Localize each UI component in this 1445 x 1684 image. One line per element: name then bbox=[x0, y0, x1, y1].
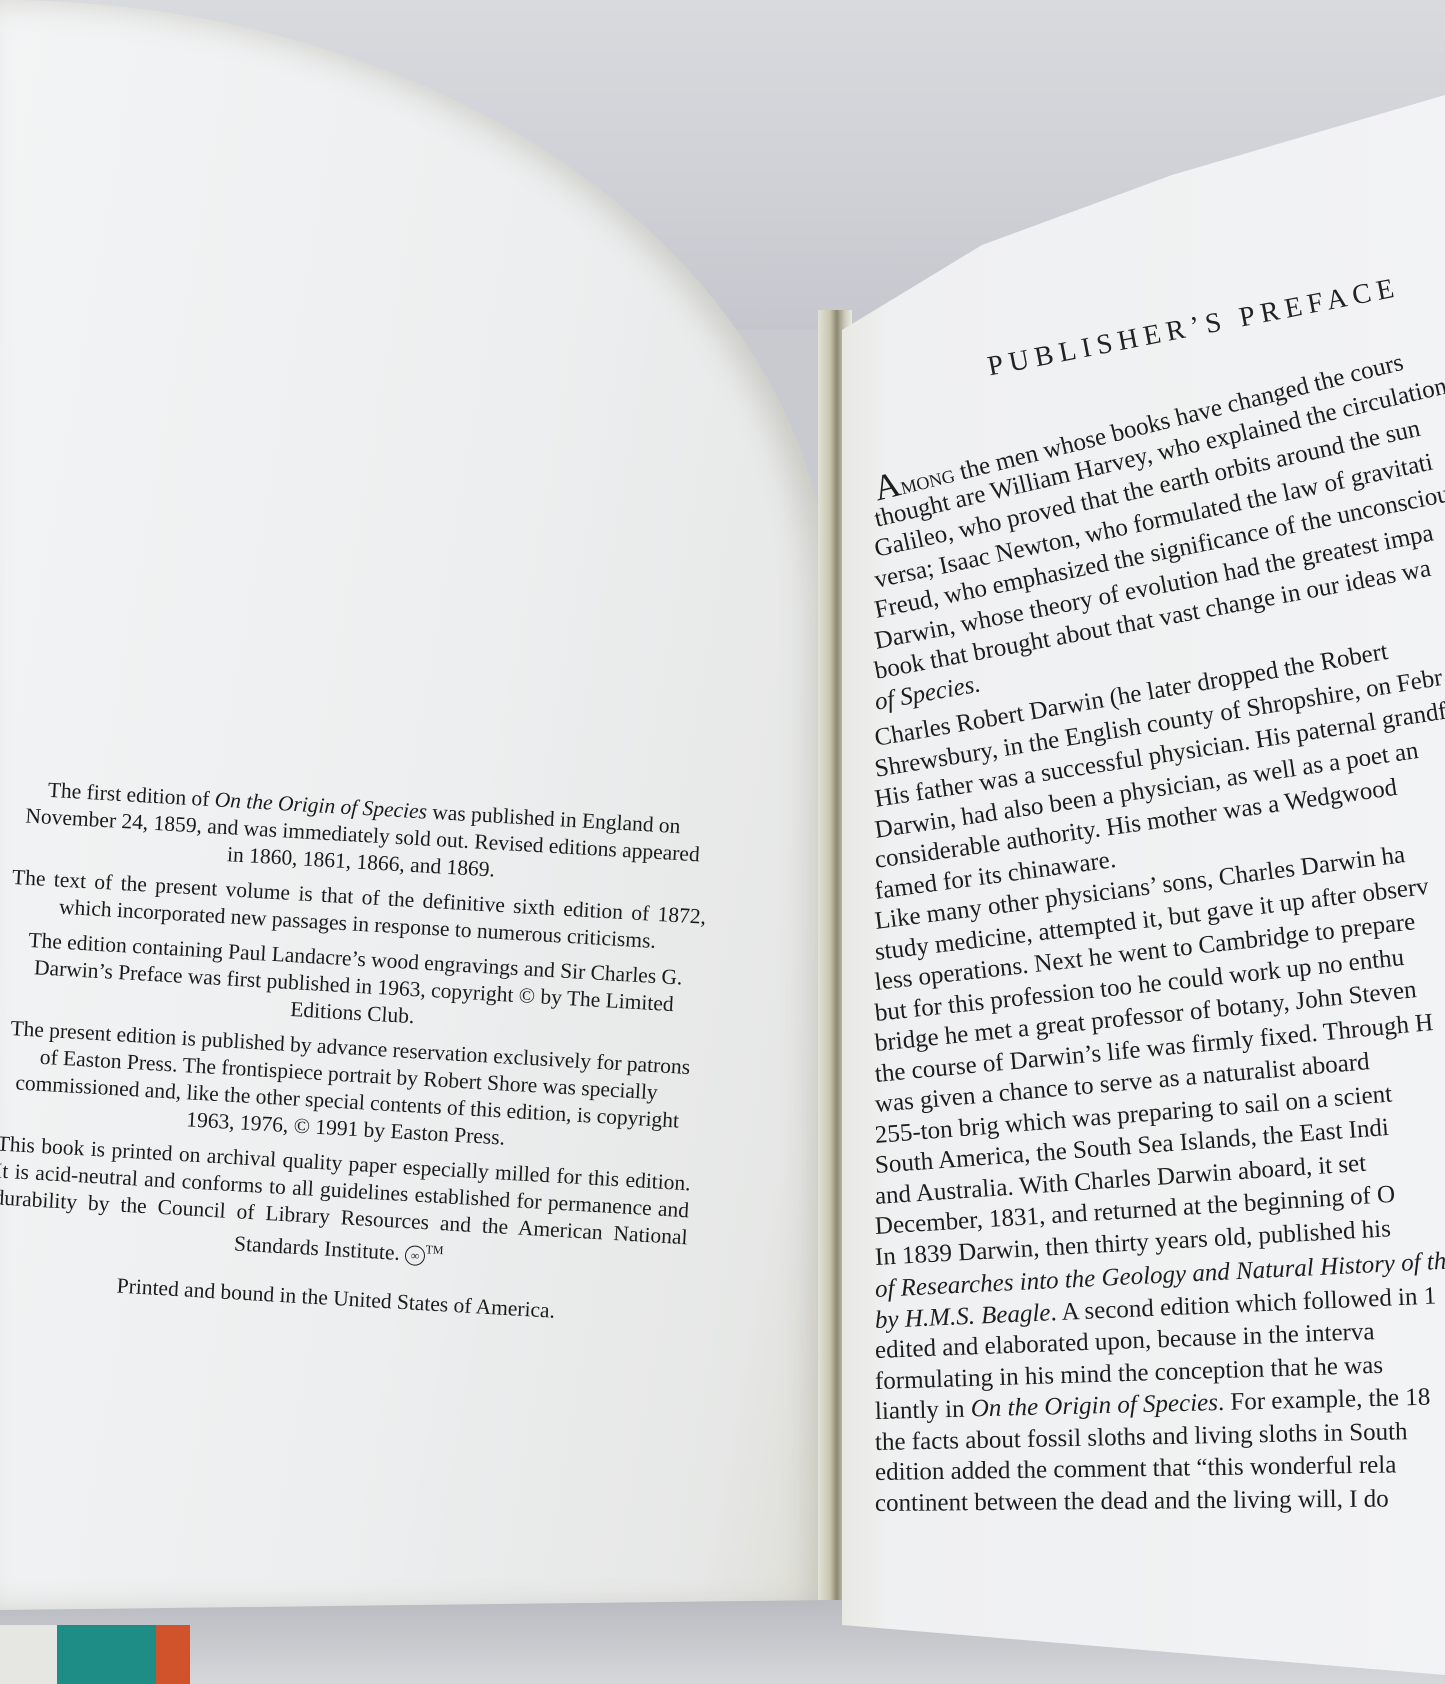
preface-line: continent between the dead and the livin… bbox=[875, 1484, 1389, 1518]
italic-title: On the Origin of Species bbox=[970, 1389, 1218, 1422]
stacked-books bbox=[0, 1625, 190, 1684]
text: . For example, the 18 bbox=[1218, 1384, 1431, 1417]
text: liantly in bbox=[875, 1396, 971, 1425]
text: continent between the dead and the livin… bbox=[875, 1485, 1389, 1516]
copyright-notice: The first edition of On the Origin of Sp… bbox=[0, 775, 712, 1340]
trademark-mark: TM bbox=[425, 1242, 444, 1257]
text: edition added the comment that “this won… bbox=[875, 1451, 1397, 1486]
infinity-permanence-icon: ∞ bbox=[405, 1245, 426, 1266]
italic-title: by H.M.S. Beagle bbox=[874, 1299, 1051, 1334]
